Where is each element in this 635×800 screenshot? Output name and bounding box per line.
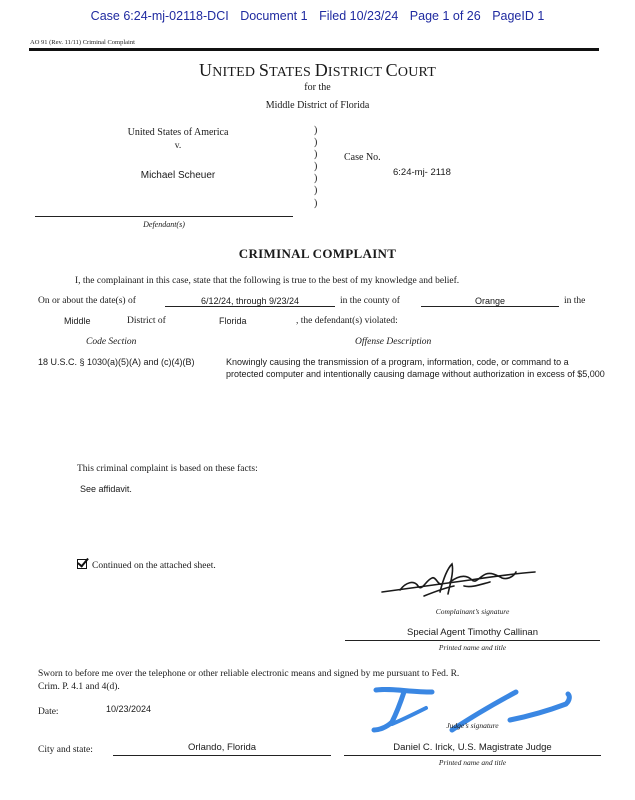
county-suffix: in the — [564, 296, 585, 306]
facts-label: This criminal complaint is based on thes… — [77, 464, 258, 474]
city-state-line — [113, 755, 331, 756]
caption-parentheses: ) ) ) ) ) ) ) — [314, 125, 317, 210]
complainant-signature-label: Complainant’s signature — [345, 607, 600, 616]
dates-prefix: On or about the date(s) of — [38, 296, 136, 306]
for-the-label: for the — [0, 82, 635, 93]
offense-description-header: Offense Description — [355, 337, 431, 347]
state-field: Florida — [219, 316, 247, 326]
complainant-signature-icon — [380, 562, 540, 600]
defendant-label: Defendant(s) — [35, 220, 293, 229]
case-no-label: Case No. — [344, 152, 381, 163]
page-count-stamp: Page 1 of 26 — [410, 9, 481, 23]
judge-name-label: Printed name and title — [344, 758, 601, 767]
county-prefix: in the county of — [340, 296, 400, 306]
form-identifier: AO 91 (Rev. 11/11) Criminal Complaint — [30, 39, 135, 46]
judge-name-line — [344, 755, 601, 756]
filed-date-stamp: Filed 10/23/24 — [319, 9, 398, 23]
document-number-stamp: Document 1 — [240, 9, 307, 23]
defendant-underline — [35, 216, 293, 217]
complainant-name-label: Printed name and title — [345, 643, 600, 652]
complaint-title: CRIMINAL COMPLAINT — [0, 246, 635, 262]
district-of-label: District of — [127, 316, 166, 326]
code-section-value: 18 U.S.C. § 1030(a)(5)(A) and (c)(4)(B) — [38, 356, 208, 368]
code-section-header: Code Section — [86, 337, 136, 347]
violated-label: , the defendant(s) violated: — [296, 316, 398, 326]
checked-checkbox-icon[interactable] — [77, 559, 87, 569]
city-state-value: Orlando, Florida — [113, 742, 331, 753]
filing-stamp: Case 6:24-mj-02118-DCI Document 1 Filed … — [0, 9, 635, 23]
county-field: Orange — [421, 296, 559, 307]
header-rule — [29, 48, 599, 51]
defendant-name: Michael Scheuer — [78, 170, 278, 181]
complainant-name-line — [345, 640, 600, 641]
court-district: Middle District of Florida — [0, 100, 635, 111]
city-state-label: City and state: — [38, 745, 93, 755]
complaint-intro: I, the complainant in this case, state t… — [75, 276, 459, 286]
offense-description-value: Knowingly causing the transmission of a … — [226, 356, 606, 380]
date-value: 10/23/2024 — [106, 704, 151, 714]
plaintiff-name: United States of America — [78, 127, 278, 138]
case-number-stamp: Case 6:24-mj-02118-DCI — [91, 9, 229, 23]
offense-dates-field: 6/12/24, through 9/23/24 — [165, 296, 335, 307]
district-name-field: Middle — [64, 316, 91, 326]
case-no-value: 6:24-mj- 2118 — [393, 167, 451, 178]
judge-signature-label: Judge’s signature — [345, 721, 600, 730]
date-label: Date: — [38, 707, 59, 717]
complainant-name: Special Agent Timothy Callinan — [345, 627, 600, 638]
versus-label: v. — [78, 141, 278, 151]
facts-text: See affidavit. — [80, 484, 132, 494]
continued-label: Continued on the attached sheet. — [92, 561, 216, 571]
court-title: UNITED STATES DISTRICT COURT — [0, 60, 635, 81]
continued-checkbox-row[interactable]: Continued on the attached sheet. — [77, 559, 216, 571]
pageid-stamp: PageID 1 — [492, 9, 544, 23]
judge-name: Daniel C. Irick, U.S. Magistrate Judge — [344, 742, 601, 753]
